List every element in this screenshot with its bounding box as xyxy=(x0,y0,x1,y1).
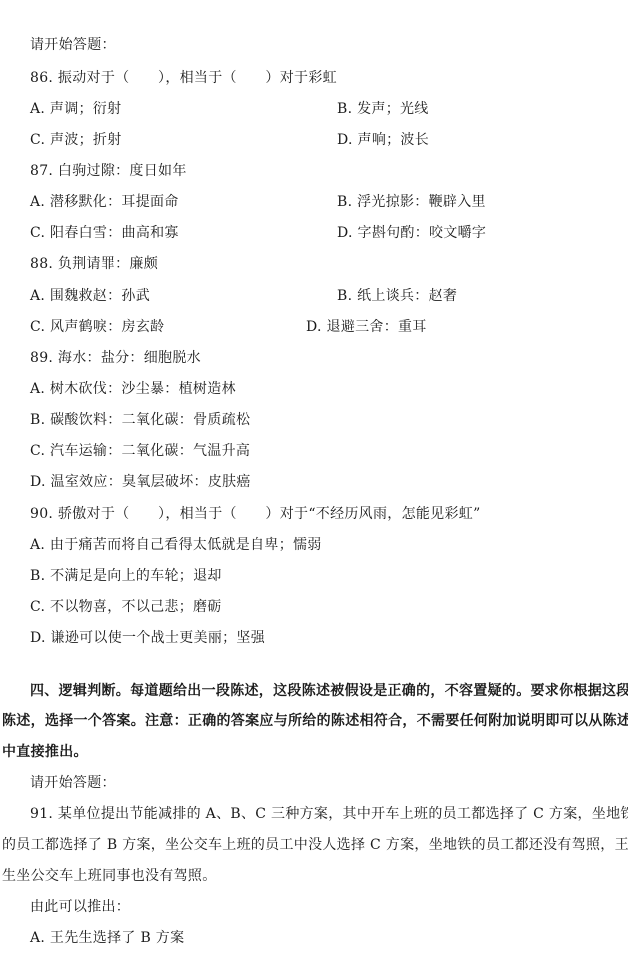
question-86-option-a: A. 声调；衍射 xyxy=(30,101,121,117)
question-86-option-d: D. 声响；波长 xyxy=(337,132,429,148)
question-91-line-1: 91. 某单位提出节能减排的 A、B、C 三种方案，其中开车上班的员工都选择了 … xyxy=(30,806,628,822)
question-89-option-a: A. 树木砍伐：沙尘暴：植树造林 xyxy=(30,381,236,397)
section-4-answer-prompt: 请开始答题： xyxy=(30,775,116,791)
question-87-option-a: A. 潜移默化：耳提面命 xyxy=(30,194,179,210)
question-90-option-d: D. 谦逊可以使一个战士更美丽；坚强 xyxy=(30,630,265,646)
question-90-option-c: C. 不以物喜，不以己悲；磨砺 xyxy=(30,599,222,615)
question-89-stem: 89. 海水：盐分：细胞脱水 xyxy=(30,350,201,366)
question-89-option-b: B. 碳酸饮料：二氧化碳：骨质疏松 xyxy=(30,412,250,428)
answer-prompt: 请开始答题： xyxy=(30,37,116,53)
question-87-option-c: C. 阳春白雪：曲高和寡 xyxy=(30,225,179,241)
question-91-line-2: 的员工都选择了 B 方案，坐公交车上班的员工中没人选择 C 方案，坐地铁的员工都… xyxy=(2,837,628,853)
question-90-option-a: A. 由于痛苦而将自己看得太低就是自卑；懦弱 xyxy=(30,537,322,553)
question-86-option-c: C. 声波；折射 xyxy=(30,132,122,148)
section-4-heading-line-1: 四、逻辑判断。每道题给出一段陈述，这段陈述被假设是正确的，不容置疑的。要求你根据… xyxy=(30,683,628,699)
question-91-line-3: 生坐公交车上班同事也没有驾照。 xyxy=(2,868,217,884)
question-88-option-a: A. 围魏救赵：孙武 xyxy=(30,288,150,304)
question-86-option-b: B. 发声；光线 xyxy=(337,101,429,117)
question-91-option-a: A. 王先生选择了 B 方案 xyxy=(30,930,184,946)
question-87-option-b: B. 浮光掠影：鞭辟入里 xyxy=(337,194,486,210)
question-88-option-d: D. 退避三舍：重耳 xyxy=(306,319,427,335)
section-4-heading-line-3: 中直接推出。 xyxy=(2,744,88,760)
question-90-option-b: B. 不满足是向上的车轮；退却 xyxy=(30,568,222,584)
section-4-heading-line-2: 陈述，选择一个答案。注意：正确的答案应与所给的陈述相符合，不需要任何附加说明即可… xyxy=(2,713,628,729)
question-87-option-d: D. 字斟句酌：咬文嚼字 xyxy=(337,225,486,241)
question-88-stem: 88. 负荆请罪：廉颇 xyxy=(30,256,158,272)
question-88-option-b: B. 纸上谈兵：赵奢 xyxy=(337,288,457,304)
question-86-stem: 86. 振动对于（ ），相当于（ ）对于彩虹 xyxy=(30,70,337,86)
question-90-stem: 90. 骄傲对于（ ），相当于（ ）对于“不经历风雨，怎能见彩虹” xyxy=(30,506,481,522)
question-89-option-d: D. 温室效应：臭氧层破坏：皮肤癌 xyxy=(30,474,251,490)
question-87-stem: 87. 白驹过隙：度日如年 xyxy=(30,163,187,179)
question-88-option-c: C. 风声鹤唳：房玄龄 xyxy=(30,319,164,335)
question-89-option-c: C. 汽车运输：二氧化碳：气温升高 xyxy=(30,443,250,459)
question-91-lead-in: 由此可以推出： xyxy=(30,899,130,915)
